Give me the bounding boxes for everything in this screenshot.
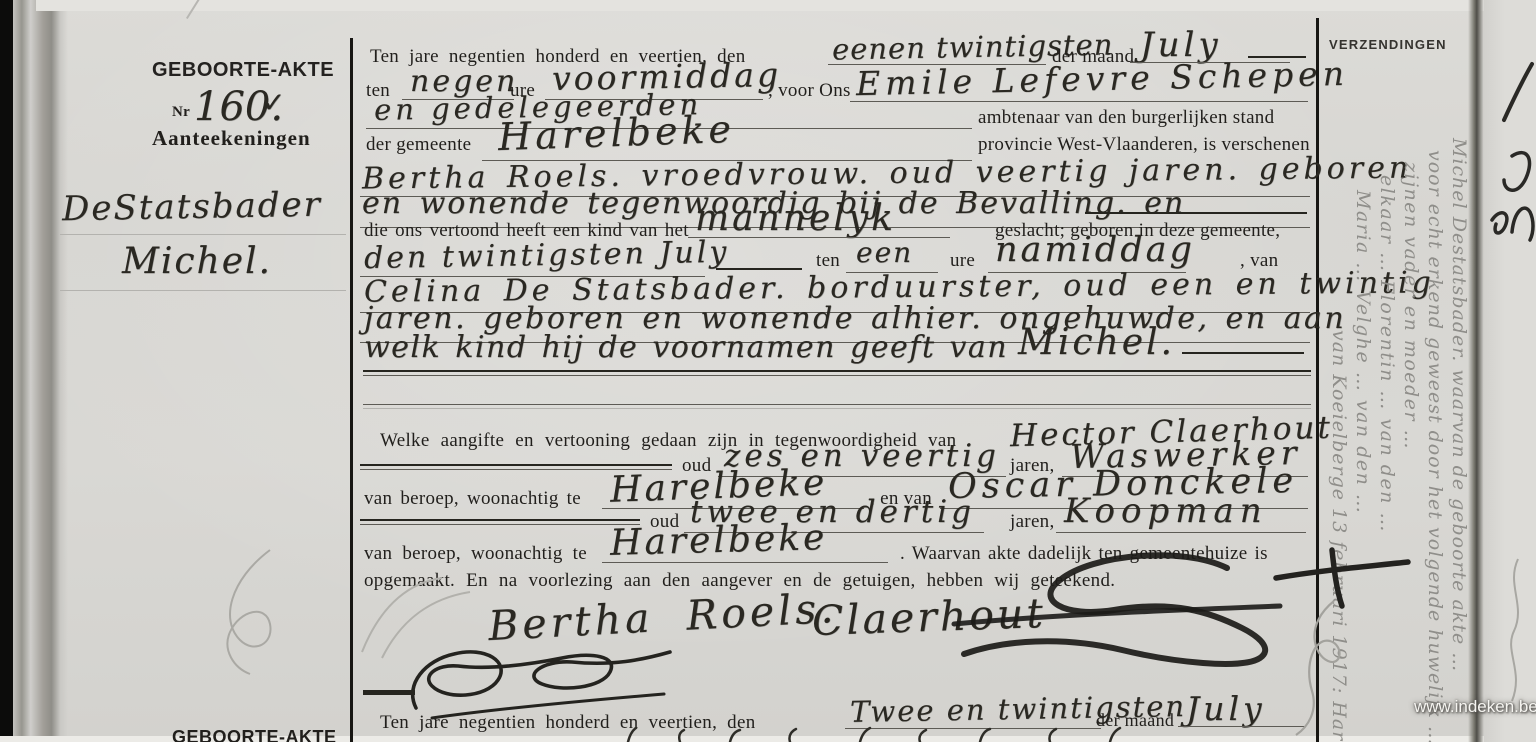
printed-text: jaren,: [1010, 511, 1055, 533]
dash-line: [1182, 352, 1304, 354]
handwritten-entry: Emile Lefevre Schepen: [856, 57, 1350, 102]
margin-ruled-line: [60, 290, 346, 291]
watermark: www.indeken.be: [1414, 697, 1536, 717]
verzendingen-header: VERZENDINGEN: [1329, 37, 1447, 52]
handwritten-entry: Koopman: [1064, 494, 1268, 530]
handwritten-entry: namiddag: [995, 232, 1195, 269]
scanned-register-page: GEBOORTE-AKTE Nr 160. ✓ Aanteekeningen D…: [0, 0, 1536, 742]
printed-text: der gemeente: [366, 134, 471, 156]
handwritten-entry: den twintigsten July: [364, 237, 730, 275]
margin-footer-header: GEBOORTE-AKTE: [172, 727, 337, 742]
marginal-note-pencil: Maria … Velghe … van den …: [1352, 190, 1372, 690]
blank-line: [360, 519, 640, 521]
margin-ruled-line: [60, 234, 346, 235]
checkmark: ✓: [262, 88, 285, 117]
handwritten-entry: Harelbeke: [497, 110, 735, 158]
section-rule: [363, 375, 1311, 376]
dash-line: [1085, 212, 1307, 214]
ruled-line: [850, 101, 1308, 102]
blank-line: [360, 464, 672, 466]
margin-annotation-surname: DeStatsbader: [62, 188, 322, 228]
adjacent-page-ink-fragments: [1488, 60, 1536, 250]
printed-text: ambtenaar van den burgerlijken stand: [978, 107, 1274, 129]
record-number-label: Nr: [172, 104, 190, 121]
marginal-note-pencil: voor echt erkend geweest door het volgen…: [1424, 150, 1444, 710]
top-edge-band: [36, 0, 1536, 11]
section-rule: [363, 408, 1311, 409]
handwritten-entry: July: [1186, 692, 1266, 727]
handwritten-entry: Harelbeke: [610, 519, 828, 562]
printed-text: van beroep, woonachtig te: [364, 543, 587, 565]
binding-shadow: [13, 0, 68, 742]
marginal-note-pencil: elkaar … Florentin … van den …: [1376, 175, 1396, 695]
annotations-label: Aanteekeningen: [152, 126, 311, 151]
handwritten-entry: welk kind hij de voornamen geeft van: [364, 332, 1008, 364]
section-rule: [363, 404, 1311, 405]
printed-text: ten: [816, 250, 840, 272]
adjacent-page-pencil-squiggle: [1498, 555, 1536, 705]
printed-text: , voor Ons: [768, 80, 851, 102]
pencil-flourish: [190, 540, 300, 680]
pencil-flourish: [1284, 595, 1354, 740]
ruled-line: [1056, 532, 1306, 533]
cutoff-handwriting-strokes: [620, 728, 1140, 742]
paragraph-dash: [363, 690, 415, 695]
ruled-line: [602, 562, 888, 563]
handwritten-entry: mannelyk: [695, 200, 896, 238]
page-fold-crease: [1468, 0, 1484, 742]
handwritten-entry: een: [856, 238, 913, 267]
blank-line: [360, 524, 640, 525]
handwritten-entry-child-name: Michel.: [1018, 324, 1175, 362]
marginal-note-pencil: Michel Destatsbader. waarvan de geboorte…: [1448, 138, 1468, 698]
dash-line: [716, 268, 802, 270]
signature-flourish-official: [942, 552, 1287, 674]
margin-annotation-firstname: Michel.: [122, 243, 272, 281]
printed-text: van beroep, woonachtig te: [364, 488, 581, 510]
marginal-note-pencil: zijnen vader en moeder …: [1400, 162, 1420, 702]
margin-header: GEBOORTE-AKTE: [152, 59, 334, 82]
section-rule: [363, 370, 1311, 372]
scan-edge-black: [0, 0, 13, 742]
